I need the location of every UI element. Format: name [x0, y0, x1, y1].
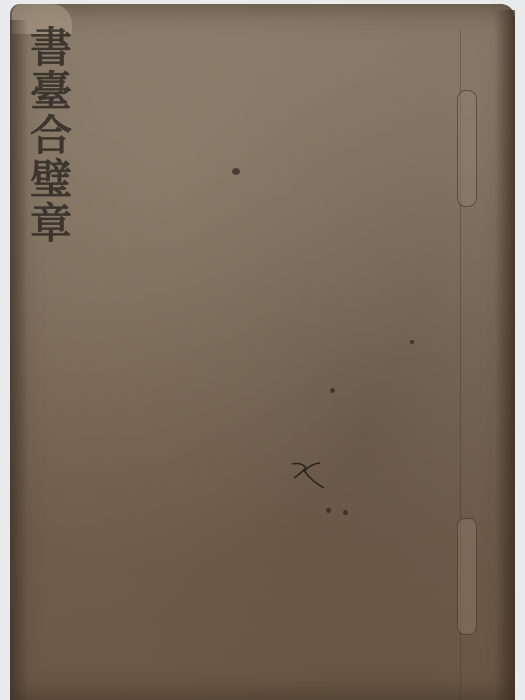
stain-spot — [232, 168, 240, 175]
stain-spot — [330, 388, 335, 393]
ink-scribble-icon — [290, 460, 350, 490]
binding-slip-top — [457, 90, 477, 207]
book-cover — [10, 4, 515, 700]
stain-spot — [410, 340, 414, 344]
cover-title: 書臺合璧章 — [22, 25, 72, 245]
stain-spot — [343, 510, 348, 515]
stain-spot — [326, 508, 331, 513]
binding-slip-bottom — [457, 518, 477, 635]
right-edge-shadow — [495, 10, 515, 700]
